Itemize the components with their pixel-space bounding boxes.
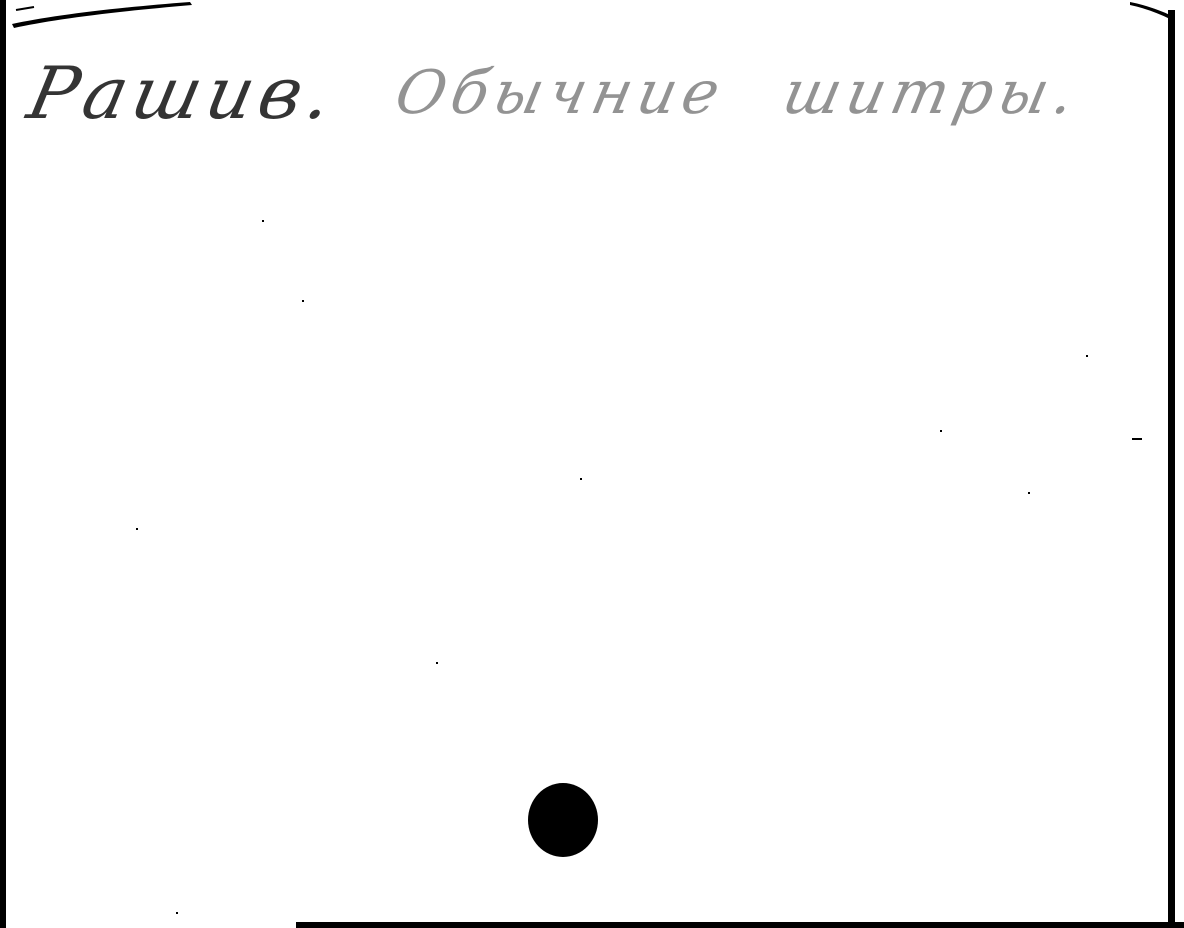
scan-speck <box>1132 438 1142 440</box>
handwritten-heading: Рашив. Обычние шитры. <box>16 28 1164 158</box>
heading-word-1: Рашив. <box>22 57 344 129</box>
catalog-card: Рашив. Обычние шитры. <box>0 0 1184 928</box>
scan-speck <box>580 478 582 480</box>
scan-speck <box>1086 355 1088 357</box>
scan-speck <box>1028 492 1030 494</box>
punch-hole <box>528 783 598 857</box>
heading-word-2: Обычние <box>390 63 730 123</box>
heading-word-3: шитры. <box>778 63 1085 123</box>
card-bottom-edge <box>296 922 1184 928</box>
scan-speck <box>136 528 138 530</box>
scan-speck <box>436 662 438 664</box>
scan-speck <box>940 430 942 432</box>
card-left-edge <box>0 0 6 928</box>
card-right-edge <box>1168 10 1175 928</box>
corner-ink-stroke <box>1120 0 1184 30</box>
scan-speck <box>262 220 264 222</box>
scan-speck <box>302 300 304 302</box>
scan-speck <box>176 912 178 914</box>
